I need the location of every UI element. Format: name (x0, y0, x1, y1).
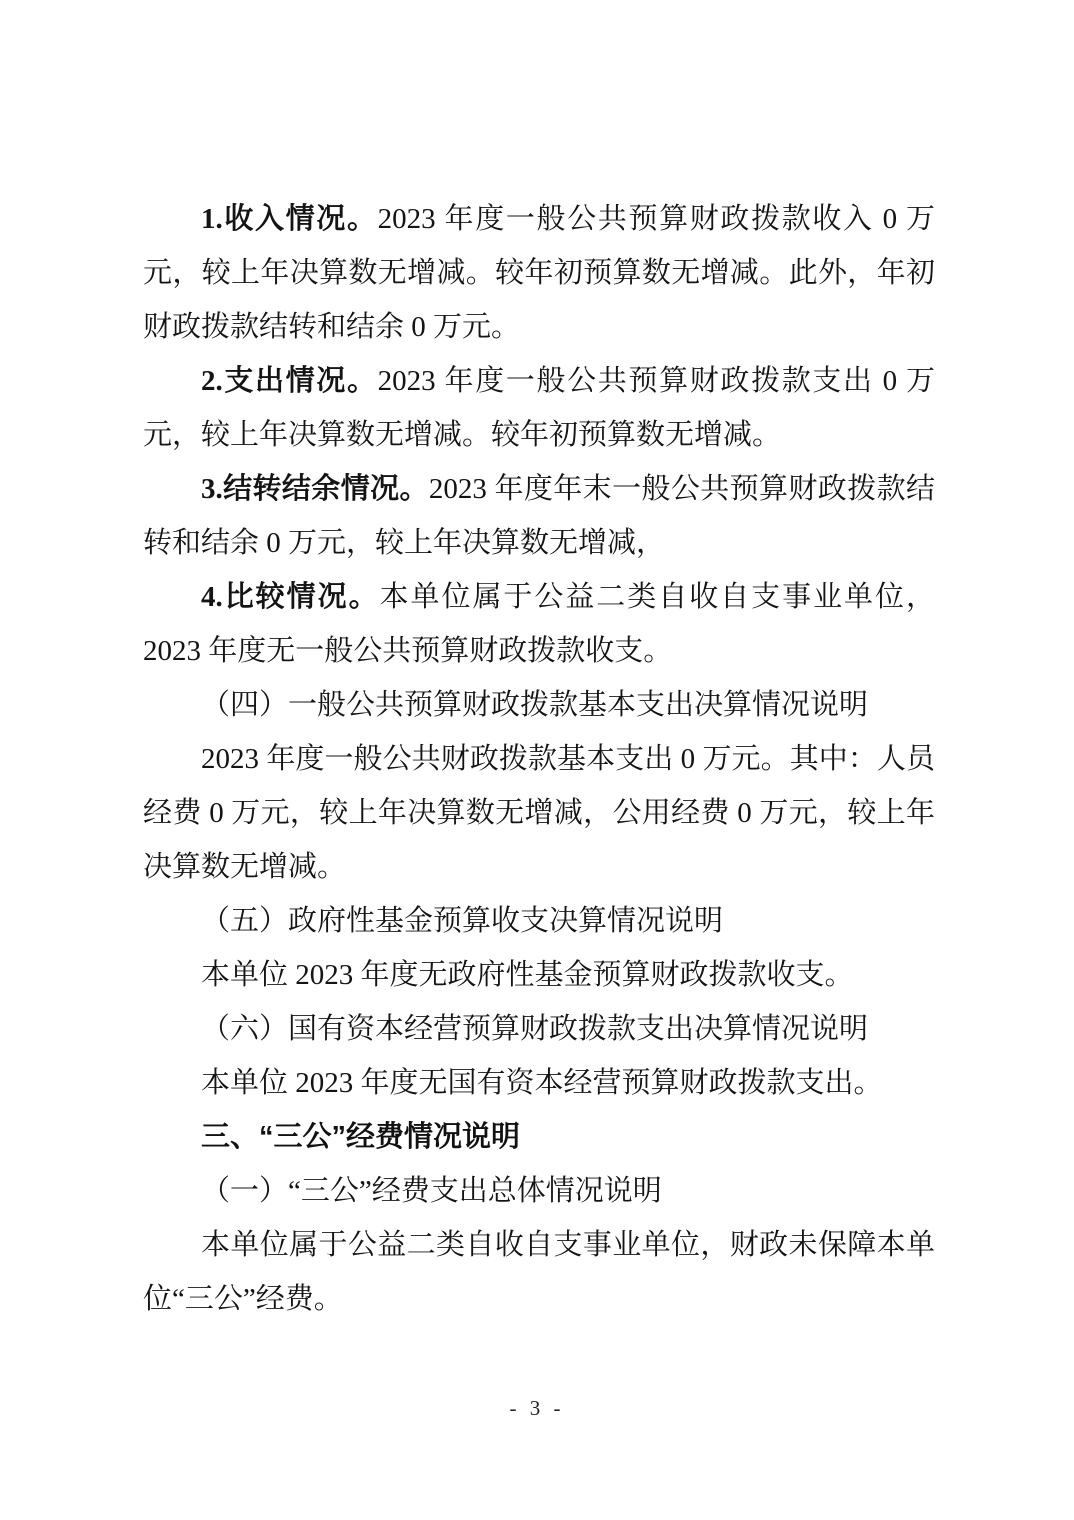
section-five-heading: （五）政府性基金预算收支决算情况说明 (143, 894, 935, 948)
section-four-heading: （四）一般公共预算财政拨款基本支出决算情况说明 (143, 678, 935, 732)
part-three-heading: 三、“三公”经费情况说明 (143, 1110, 935, 1164)
item-comparison-label: 4.比较情况。 (201, 581, 380, 613)
paragraph-carryover: 3.结转结余情况。2023 年度年末一般公共预算财政拨款结转和结余 0 万元，较… (143, 462, 935, 570)
page-number: - 3 - (510, 1396, 565, 1420)
page-footer: - 3 - (0, 1396, 1074, 1421)
section-four-paragraph: 2023 年度一般公共财政拨款基本支出 0 万元。其中：人员经费 0 万元，较上… (143, 732, 935, 894)
item-income-label: 1.收入情况。 (201, 203, 378, 235)
document-page: 1.收入情况。2023 年度一般公共预算财政拨款收入 0 万元，较上年决算数无增… (0, 0, 1074, 1520)
section-six-heading: （六）国有资本经营预算财政拨款支出决算情况说明 (143, 1002, 935, 1056)
section-five-paragraph: 本单位 2023 年度无政府性基金预算财政拨款收支。 (143, 948, 935, 1002)
item-carryover-label: 3.结转结余情况。 (201, 473, 429, 505)
document-body: 1.收入情况。2023 年度一般公共预算财政拨款收入 0 万元，较上年决算数无增… (143, 192, 935, 1326)
paragraph-expenditure: 2.支出情况。2023 年度一般公共预算财政拨款支出 0 万元，较上年决算数无增… (143, 354, 935, 462)
section-six-paragraph: 本单位 2023 年度无国有资本经营预算财政拨款支出。 (143, 1056, 935, 1110)
paragraph-income: 1.收入情况。2023 年度一般公共预算财政拨款收入 0 万元，较上年决算数无增… (143, 192, 935, 354)
item-expenditure-label: 2.支出情况。 (201, 365, 378, 397)
paragraph-comparison: 4.比较情况。本单位属于公益二类自收自支事业单位，2023 年度无一般公共预算财… (143, 570, 935, 678)
part-three-sub-heading: （一）“三公”经费支出总体情况说明 (143, 1164, 935, 1218)
part-three-paragraph: 本单位属于公益二类自收自支事业单位，财政未保障本单位“三公”经费。 (143, 1218, 935, 1326)
